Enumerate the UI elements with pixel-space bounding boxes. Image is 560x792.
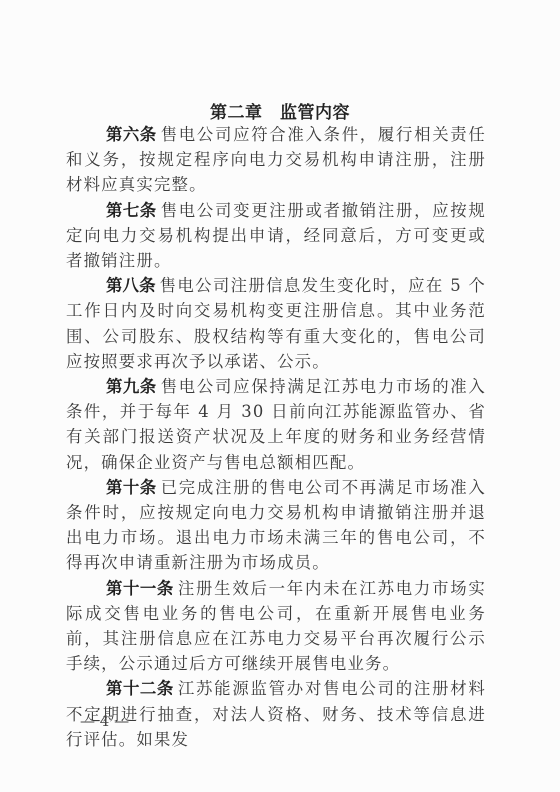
article-7: 第七条售电公司变更注册或者撤销注册，应按规定向电力交易机构提出申请，经同意后，方… — [66, 198, 486, 274]
article-label: 第十一条 — [106, 579, 174, 598]
document-body: 第六条售电公司应符合准入条件，履行相关责任和义务，按规定程序向电力交易机构申请注… — [66, 122, 486, 752]
page-number: — 4 — — [80, 712, 129, 730]
article-label: 第十二条 — [106, 679, 174, 698]
article-8: 第八条售电公司注册信息发生变化时，应在 5 个工作日内及时向交易机构变更注册信息… — [66, 273, 486, 374]
article-label: 第十条 — [106, 478, 157, 497]
article-6: 第六条售电公司应符合准入条件，履行相关责任和义务，按规定程序向电力交易机构申请注… — [66, 122, 486, 198]
article-11: 第十一条注册生效后一年内未在江苏电力市场实际成交售电业务的售电公司，在重新开展售… — [66, 576, 486, 677]
document-page: 第二章 监管内容 第六条售电公司应符合准入条件，履行相关责任和义务，按规定程序向… — [0, 0, 560, 792]
article-label: 第七条 — [106, 201, 157, 220]
article-10: 第十条已完成注册的售电公司不再满足市场准入条件时，应按规定向电力交易机构申请撤销… — [66, 475, 486, 576]
article-label: 第九条 — [106, 377, 157, 396]
article-label: 第六条 — [106, 125, 157, 144]
article-9: 第九条售电公司应保持满足江苏电力市场的准入条件，并于每年 4 月 30 日前向江… — [66, 374, 486, 475]
article-label: 第八条 — [106, 276, 156, 295]
chapter-title: 第二章 监管内容 — [0, 98, 560, 123]
